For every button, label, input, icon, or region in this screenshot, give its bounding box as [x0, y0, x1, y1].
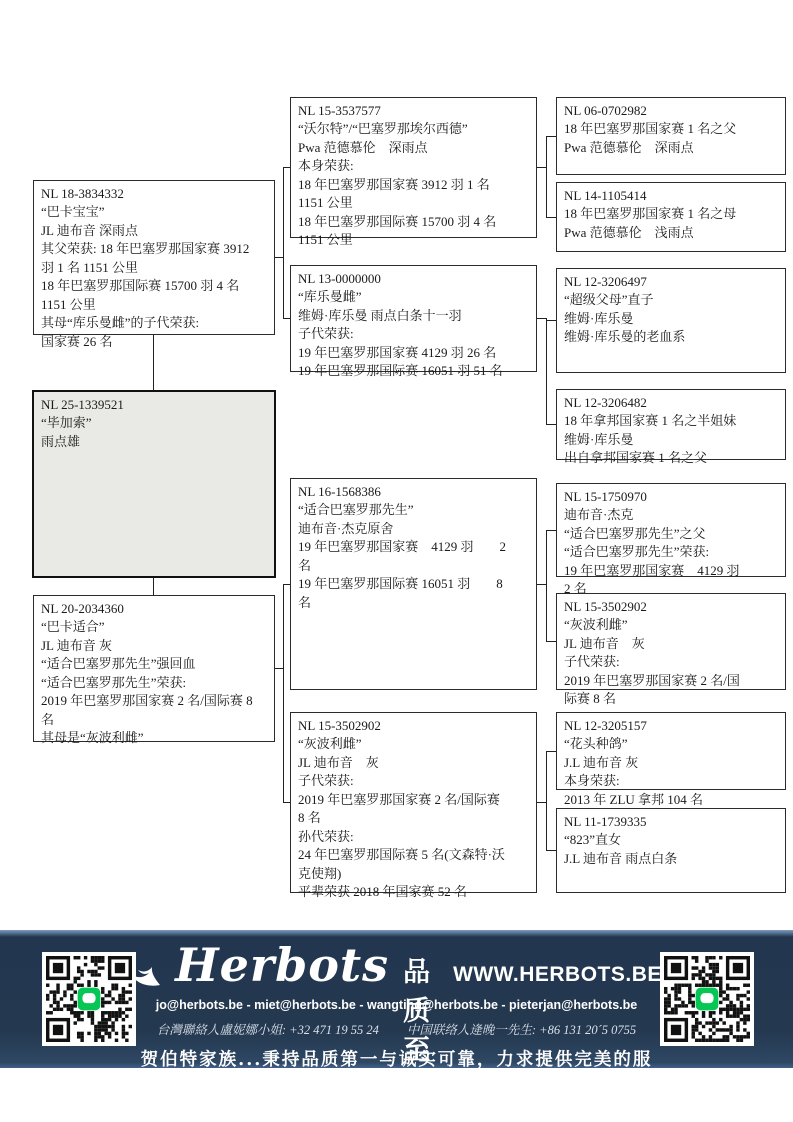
pedigree-text-line: 18 年拿邦国家赛 1 名之半姐妹 [564, 412, 778, 430]
pedigree-text-line: 名 [41, 711, 267, 729]
pedigree-text-line: 迪布音·杰克原舍 [298, 520, 529, 538]
china-contact: 中国联络人逄晚一先生: +86 131 20´5 0755 [407, 1020, 636, 1038]
pedigree-text-line: 2019 年巴塞罗那国家赛 2 名/国际赛 8 [41, 692, 267, 710]
pedigree-text-line: 1151 公里 [41, 296, 267, 314]
pedigree-text-line: J.L 迪布音 灰 [564, 754, 778, 772]
box-lines: 18 年巴塞罗那国家赛 1 名之母Pwa 范德慕伦 浅雨点 [564, 205, 778, 242]
pedigree-text-line: “沃尔特”/“巴塞罗那埃尔西德” [298, 120, 529, 138]
pedigree-text-line: “适合巴塞罗那先生”荣获: [564, 543, 778, 561]
box-lines: “巴卡适合”JL 迪布音 灰“适合巴塞罗那先生”强回血“适合巴塞罗那先生”荣获:… [41, 618, 267, 747]
pedigree-text-line: 子代荣获: [564, 653, 778, 671]
pedigree-text-line: 本身荣获: [564, 772, 778, 790]
pedigree-text-line: 国家赛 26 名 [41, 333, 267, 351]
pedigree-text-line: 名 [298, 594, 529, 612]
connector [546, 530, 556, 531]
ring-number: NL 25-1339521 [41, 396, 267, 414]
pedigree-text-line: 19 年巴塞罗那国家赛 4129 羽 [564, 562, 778, 580]
ring-number: NL 16-1568386 [298, 483, 529, 501]
pedigree-text-line: “灰波利雌” [564, 616, 778, 634]
box-lines: “毕加索”雨点雄 [41, 414, 267, 451]
pedigree-text-line: 2019 年巴塞罗那国家赛 2 名/国 [564, 672, 778, 690]
ring-number: NL 11-1739335 [564, 813, 778, 831]
pedigree-text-line: 1151 公里 [298, 231, 529, 249]
ring-number: NL 18-3834332 [41, 185, 267, 203]
box-lines: “灰波利雌”JL 迪布音 灰子代荣获:2019 年巴塞罗那国家赛 2 名/国际赛… [564, 616, 778, 708]
pedigree-box-gp6: NL 15-3502902 “灰波利雌”JL 迪布音 灰子代荣获:2019 年巴… [556, 593, 786, 690]
ring-number: NL 12-3206497 [564, 273, 778, 291]
pedigree-text-line: 8 名 [298, 809, 529, 827]
connector [537, 802, 546, 803]
pedigree-text-line: 2013 年 ZLU 拿邦 104 名 [564, 791, 778, 809]
pedigree-text-line: 2019 年巴塞罗那国家赛 2 名/国际赛 [298, 791, 529, 809]
box-lines: 18 年巴塞罗那国家赛 1 名之父Pwa 范德慕伦 深雨点 [564, 120, 778, 157]
pedigree-text-line: “毕加索” [41, 414, 267, 432]
pedigree-box-sire-dam: NL 13-0000000 “库乐曼雌”维姆·库乐曼 雨点白条十一羽子代荣获:1… [290, 265, 537, 372]
connector [153, 578, 154, 595]
pedigree-text-line: 本身荣获: [298, 157, 529, 175]
email-links[interactable]: jo@herbots.be - miet@herbots.be - wangti… [140, 998, 653, 1012]
ring-number: NL 15-1750970 [564, 488, 778, 506]
connector [546, 136, 556, 137]
connector [283, 584, 284, 802]
footer-banner: Herbots 品质至上 WWW.HERBOTS.BE jo@herbots.b… [0, 930, 793, 1068]
pedigree-box-gp4: NL 12-3206482 18 年拿邦国家赛 1 名之半姐妹维姆·库乐曼出自拿… [556, 389, 786, 460]
connector [153, 335, 154, 390]
pedigree-text-line: 18 年巴塞罗那国际赛 15700 羽 4 名 [298, 213, 529, 231]
pedigree-box-gp3: NL 12-3206497 “超级父母”直子维姆·库乐曼维姆·库乐曼的老血系 [556, 268, 786, 373]
box-lines: “超级父母”直子维姆·库乐曼维姆·库乐曼的老血系 [564, 291, 778, 346]
pedigree-text-line: 19 年巴塞罗那国家赛 4129 羽 2 [298, 538, 529, 556]
connector [546, 318, 547, 424]
pedigree-text-line: 其母是“灰波利雌” [41, 729, 267, 747]
pedigree-text-line: “灰波利雌” [298, 735, 529, 753]
pedigree-text-line: “适合巴塞罗那先生”之父 [564, 525, 778, 543]
ring-number: NL 20-2034360 [41, 600, 267, 618]
pedigree-text-line: 平辈荣获 2018 年国家赛 52 名 [298, 883, 529, 901]
connector [283, 167, 290, 168]
pedigree-text-line: “巴卡宝宝” [41, 203, 267, 221]
connector [546, 530, 547, 641]
pedigree-text-line: JL 迪布音 深雨点 [41, 222, 267, 240]
ring-number: NL 15-3537577 [298, 102, 529, 120]
box-lines: “沃尔特”/“巴塞罗那埃尔西德”Pwa 范德慕伦 深雨点本身荣获:18 年巴塞罗… [298, 120, 529, 249]
box-lines: “库乐曼雌”维姆·库乐曼 雨点白条十一羽子代荣获:19 年巴塞罗那国家赛 412… [298, 288, 529, 380]
ring-number: NL 15-3502902 [298, 717, 529, 735]
brand-logo-text: Herbots [175, 942, 389, 988]
box-lines: “巴卡宝宝”JL 迪布音 深雨点其父荣获: 18 年巴塞罗那国家赛 3912羽 … [41, 203, 267, 351]
connector [537, 167, 546, 168]
herbots-wing-icon [131, 965, 161, 992]
pedigree-text-line: 出自拿邦国家赛 1 名之父 [564, 449, 778, 467]
pedigree-text-line: “花头种鸽” [564, 735, 778, 753]
pedigree-box-gp8: NL 11-1739335 “823”直女J.L 迪布音 雨点白条 [556, 808, 786, 893]
pedigree-text-line: 子代荣获: [298, 325, 529, 343]
pedigree-text-line: 18 年巴塞罗那国家赛 1 名之母 [564, 205, 778, 223]
box-lines: “823”直女J.L 迪布音 雨点白条 [564, 831, 778, 868]
pedigree-text-line: 雨点雄 [41, 433, 267, 451]
pedigree-text-line: 18 年巴塞罗那国家赛 1 名之父 [564, 120, 778, 138]
pedigree-text-line: 19 年巴塞罗那国家赛 4129 羽 26 名 [298, 344, 529, 362]
pedigree-text-line: 其母“库乐曼雌”的子代荣获: [41, 314, 267, 332]
pedigree-text-line: “超级父母”直子 [564, 291, 778, 309]
connector [546, 751, 547, 850]
pedigree-text-line: 维姆·库乐曼 雨点白条十一羽 [298, 307, 529, 325]
pedigree-text-line: “库乐曼雌” [298, 288, 529, 306]
pedigree-text-line: JL 迪布音 灰 [298, 754, 529, 772]
connector [546, 751, 556, 752]
pedigree-box-gp7: NL 12-3205157 “花头种鸽”J.L 迪布音 灰本身荣获:2013 年… [556, 712, 786, 790]
pedigree-text-line: “适合巴塞罗那先生”强回血 [41, 655, 267, 673]
pedigree-text-line: 维姆·库乐曼 [564, 310, 778, 328]
pedigree-box-gp5: NL 15-1750970 迪布音·杰克“适合巴塞罗那先生”之父“适合巴塞罗那先… [556, 483, 786, 577]
pedigree-text-line: JL 迪布音 灰 [564, 635, 778, 653]
pedigree-text-line: 际赛 8 名 [564, 690, 778, 708]
connector [283, 318, 290, 319]
pedigree-box-dam: NL 20-2034360 “巴卡适合”JL 迪布音 灰“适合巴塞罗那先生”强回… [33, 595, 275, 742]
pedigree-text-line: 18 年巴塞罗那国际赛 15700 羽 4 名 [41, 277, 267, 295]
pedigree-text-line: 迪布音·杰克 [564, 506, 778, 524]
ring-number: NL 14-1105414 [564, 187, 778, 205]
box-lines: “花头种鸽”J.L 迪布音 灰本身荣获:2013 年 ZLU 拿邦 104 名 [564, 735, 778, 809]
pedigree-text-line: 克使翔) [298, 865, 529, 883]
qr-pattern [46, 956, 132, 1042]
pedigree-box-dam-dam: NL 15-3502902 “灰波利雌”JL 迪布音 灰子代荣获:2019 年巴… [290, 712, 537, 893]
pedigree-text-line: Pwa 范德慕伦 浅雨点 [564, 224, 778, 242]
connector [537, 318, 546, 319]
pedigree-text-line: 维姆·库乐曼 [564, 431, 778, 449]
pedigree-text-line: JL 迪布音 灰 [41, 637, 267, 655]
pedigree-text-line: 名 [298, 557, 529, 575]
pedigree-text-line: 24 年巴塞罗那国际赛 5 名(文森特·沃 [298, 846, 529, 864]
pedigree-text-line: 维姆·库乐曼的老血系 [564, 328, 778, 346]
pedigree-box-gp2: NL 14-1105414 18 年巴塞罗那国家赛 1 名之母Pwa 范德慕伦 … [556, 182, 786, 252]
connector [537, 584, 546, 585]
connector [546, 217, 556, 218]
brand-row: Herbots 品质至上 WWW.HERBOTS.BE [140, 942, 653, 994]
pedigree-text-line: J.L 迪布音 雨点白条 [564, 850, 778, 868]
pedigree-text-line: 孙代荣获: [298, 828, 529, 846]
connector [283, 802, 290, 803]
ring-number: NL 15-3502902 [564, 598, 778, 616]
connector [275, 668, 283, 669]
qr-pattern [664, 956, 750, 1042]
box-lines: 18 年拿邦国家赛 1 名之半姐妹维姆·库乐曼出自拿邦国家赛 1 名之父 [564, 412, 778, 467]
pedigree-box-gp1: NL 06-0702982 18 年巴塞罗那国家赛 1 名之父Pwa 范德慕伦 … [556, 97, 786, 175]
pedigree-text-line: “适合巴塞罗那先生” [298, 501, 529, 519]
ring-number: NL 12-3206482 [564, 394, 778, 412]
taiwan-contact: 台灣聯絡人盧妮娜小姐: +32 471 19 55 24 [157, 1020, 379, 1038]
pedigree-box-sire-sire: NL 15-3537577 “沃尔特”/“巴塞罗那埃尔西德”Pwa 范德慕伦 深… [290, 97, 537, 238]
pedigree-text-line: 19 年巴塞罗那国际赛 16051 羽 8 [298, 575, 529, 593]
pedigree-text-line: “适合巴塞罗那先生”荣获: [41, 674, 267, 692]
pedigree-text-line: 羽 1 名 1151 公里 [41, 259, 267, 277]
box-lines: 迪布音·杰克“适合巴塞罗那先生”之父“适合巴塞罗那先生”荣获:19 年巴塞罗那国… [564, 506, 778, 598]
ring-number: NL 13-0000000 [298, 270, 529, 288]
connector [283, 167, 284, 318]
ring-number: NL 06-0702982 [564, 102, 778, 120]
pedigree-text-line: 19 年巴塞罗那国际赛 16051 羽 51 名 [298, 362, 529, 380]
connector [275, 257, 283, 258]
connector [283, 584, 290, 585]
footer-slogan: 贺伯特家族...秉持品质第一与诚实可靠，力求提供完美的服务! [140, 1046, 653, 1096]
pedigree-box-dam-sire: NL 16-1568386 “适合巴塞罗那先生”迪布音·杰克原舍19 年巴塞罗那… [290, 478, 537, 690]
connector [546, 424, 556, 425]
pedigree-text-line: “巴卡适合” [41, 618, 267, 636]
pedigree-text-line: 1151 公里 [298, 194, 529, 212]
pedigree-page: NL 18-3834332 “巴卡宝宝”JL 迪布音 深雨点其父荣获: 18 年… [0, 0, 793, 1122]
website-link[interactable]: WWW.HERBOTS.BE [453, 963, 662, 987]
connector [546, 320, 556, 321]
connector [546, 136, 547, 217]
pedigree-text-line: Pwa 范德慕伦 深雨点 [298, 139, 529, 157]
ring-number: NL 12-3205157 [564, 717, 778, 735]
box-lines: “灰波利雌”JL 迪布音 灰子代荣获:2019 年巴塞罗那国家赛 2 名/国际赛… [298, 735, 529, 901]
pedigree-text-line: Pwa 范德慕伦 深雨点 [564, 139, 778, 157]
footer-center: Herbots 品质至上 WWW.HERBOTS.BE jo@herbots.b… [140, 942, 653, 1096]
line-qr-code [42, 952, 136, 1046]
pedigree-box-subject: NL 25-1339521 “毕加索”雨点雄 [32, 390, 276, 578]
box-lines: “适合巴塞罗那先生”迪布音·杰克原舍19 年巴塞罗那国家赛 4129 羽 2名1… [298, 501, 529, 612]
contact-line: 台灣聯絡人盧妮娜小姐: +32 471 19 55 24 中国联络人逄晚一先生:… [140, 1020, 653, 1038]
pedigree-text-line: “823”直女 [564, 831, 778, 849]
pedigree-text-line: 子代荣获: [298, 772, 529, 790]
connector [546, 850, 556, 851]
pedigree-box-sire: NL 18-3834332 “巴卡宝宝”JL 迪布音 深雨点其父荣获: 18 年… [33, 180, 275, 335]
wechat-qr-code [660, 952, 754, 1046]
pedigree-text-line: 其父荣获: 18 年巴塞罗那国家赛 3912 [41, 240, 267, 258]
pedigree-text-line: 18 年巴塞罗那国家赛 3912 羽 1 名 [298, 176, 529, 194]
connector [546, 641, 556, 642]
